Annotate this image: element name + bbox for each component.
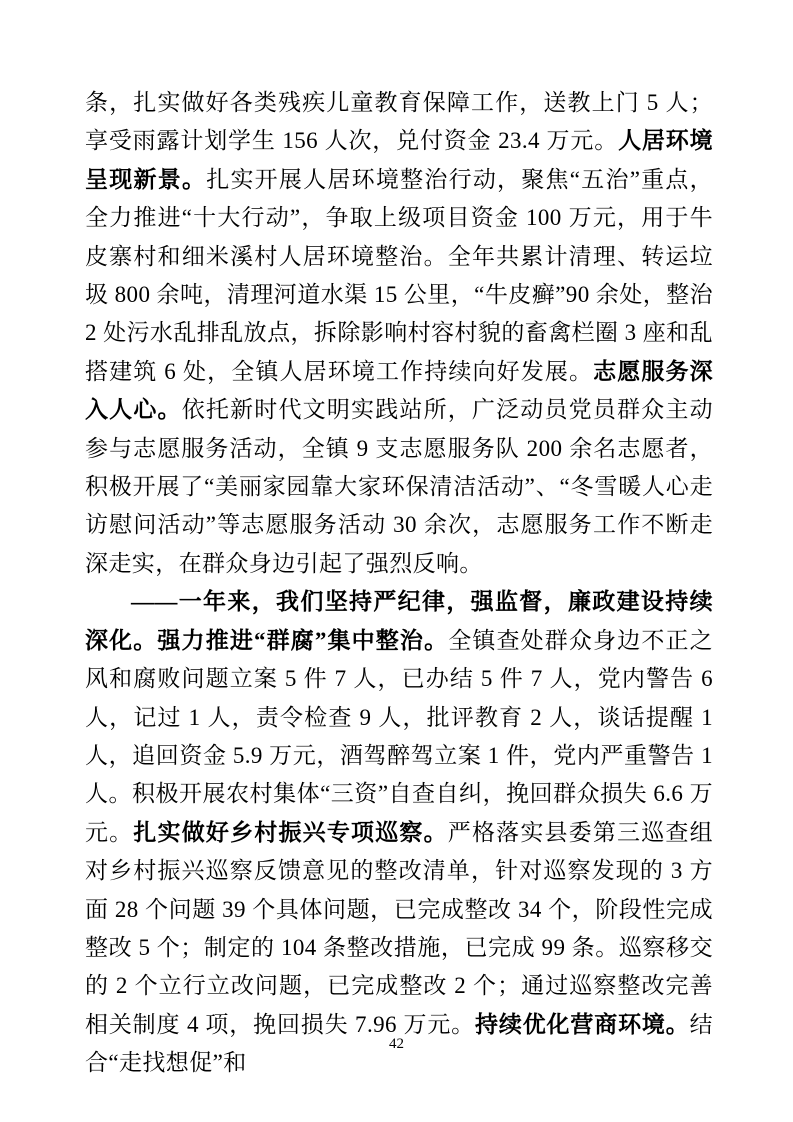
page-number: 42	[0, 1034, 793, 1054]
document-page: 条，扎实做好各类残疾儿童教育保障工作，送教上门 5 人；享受雨露计划学生 156…	[0, 0, 793, 1122]
bold-text-run: 扎实做好乡村振兴专项巡察。	[133, 820, 447, 845]
paragraph: ——一年来，我们坚持严纪律，强监督，廉政建设持续深化。强力推进“群腐”集中整治。…	[85, 583, 713, 1082]
text-run: 严格落实县委第三巡查组对乡村振兴巡察反馈意见的整改清单，针对巡察发现的 3 方面…	[85, 820, 713, 1037]
document-body: 条，扎实做好各类残疾儿童教育保障工作，送教上门 5 人；享受雨露计划学生 156…	[85, 84, 713, 1083]
text-run: 全镇查处群众身边不正之风和腐败问题立案 5 件 7 人，已办结 5 件 7 人，…	[85, 628, 713, 845]
text-run: 依托新时代文明实践站所，广泛动员党员群众主动参与志愿服务活动，全镇 9 支志愿服…	[85, 397, 713, 576]
paragraph: 条，扎实做好各类残疾儿童教育保障工作，送教上门 5 人；享受雨露计划学生 156…	[85, 84, 713, 583]
bold-text-run: 持续优化营商环境。	[475, 1012, 690, 1037]
text-run: 扎实开展人居环境整治行动，聚焦“五治”重点，全力推进“十大行动”，争取上级项目资…	[85, 167, 713, 384]
